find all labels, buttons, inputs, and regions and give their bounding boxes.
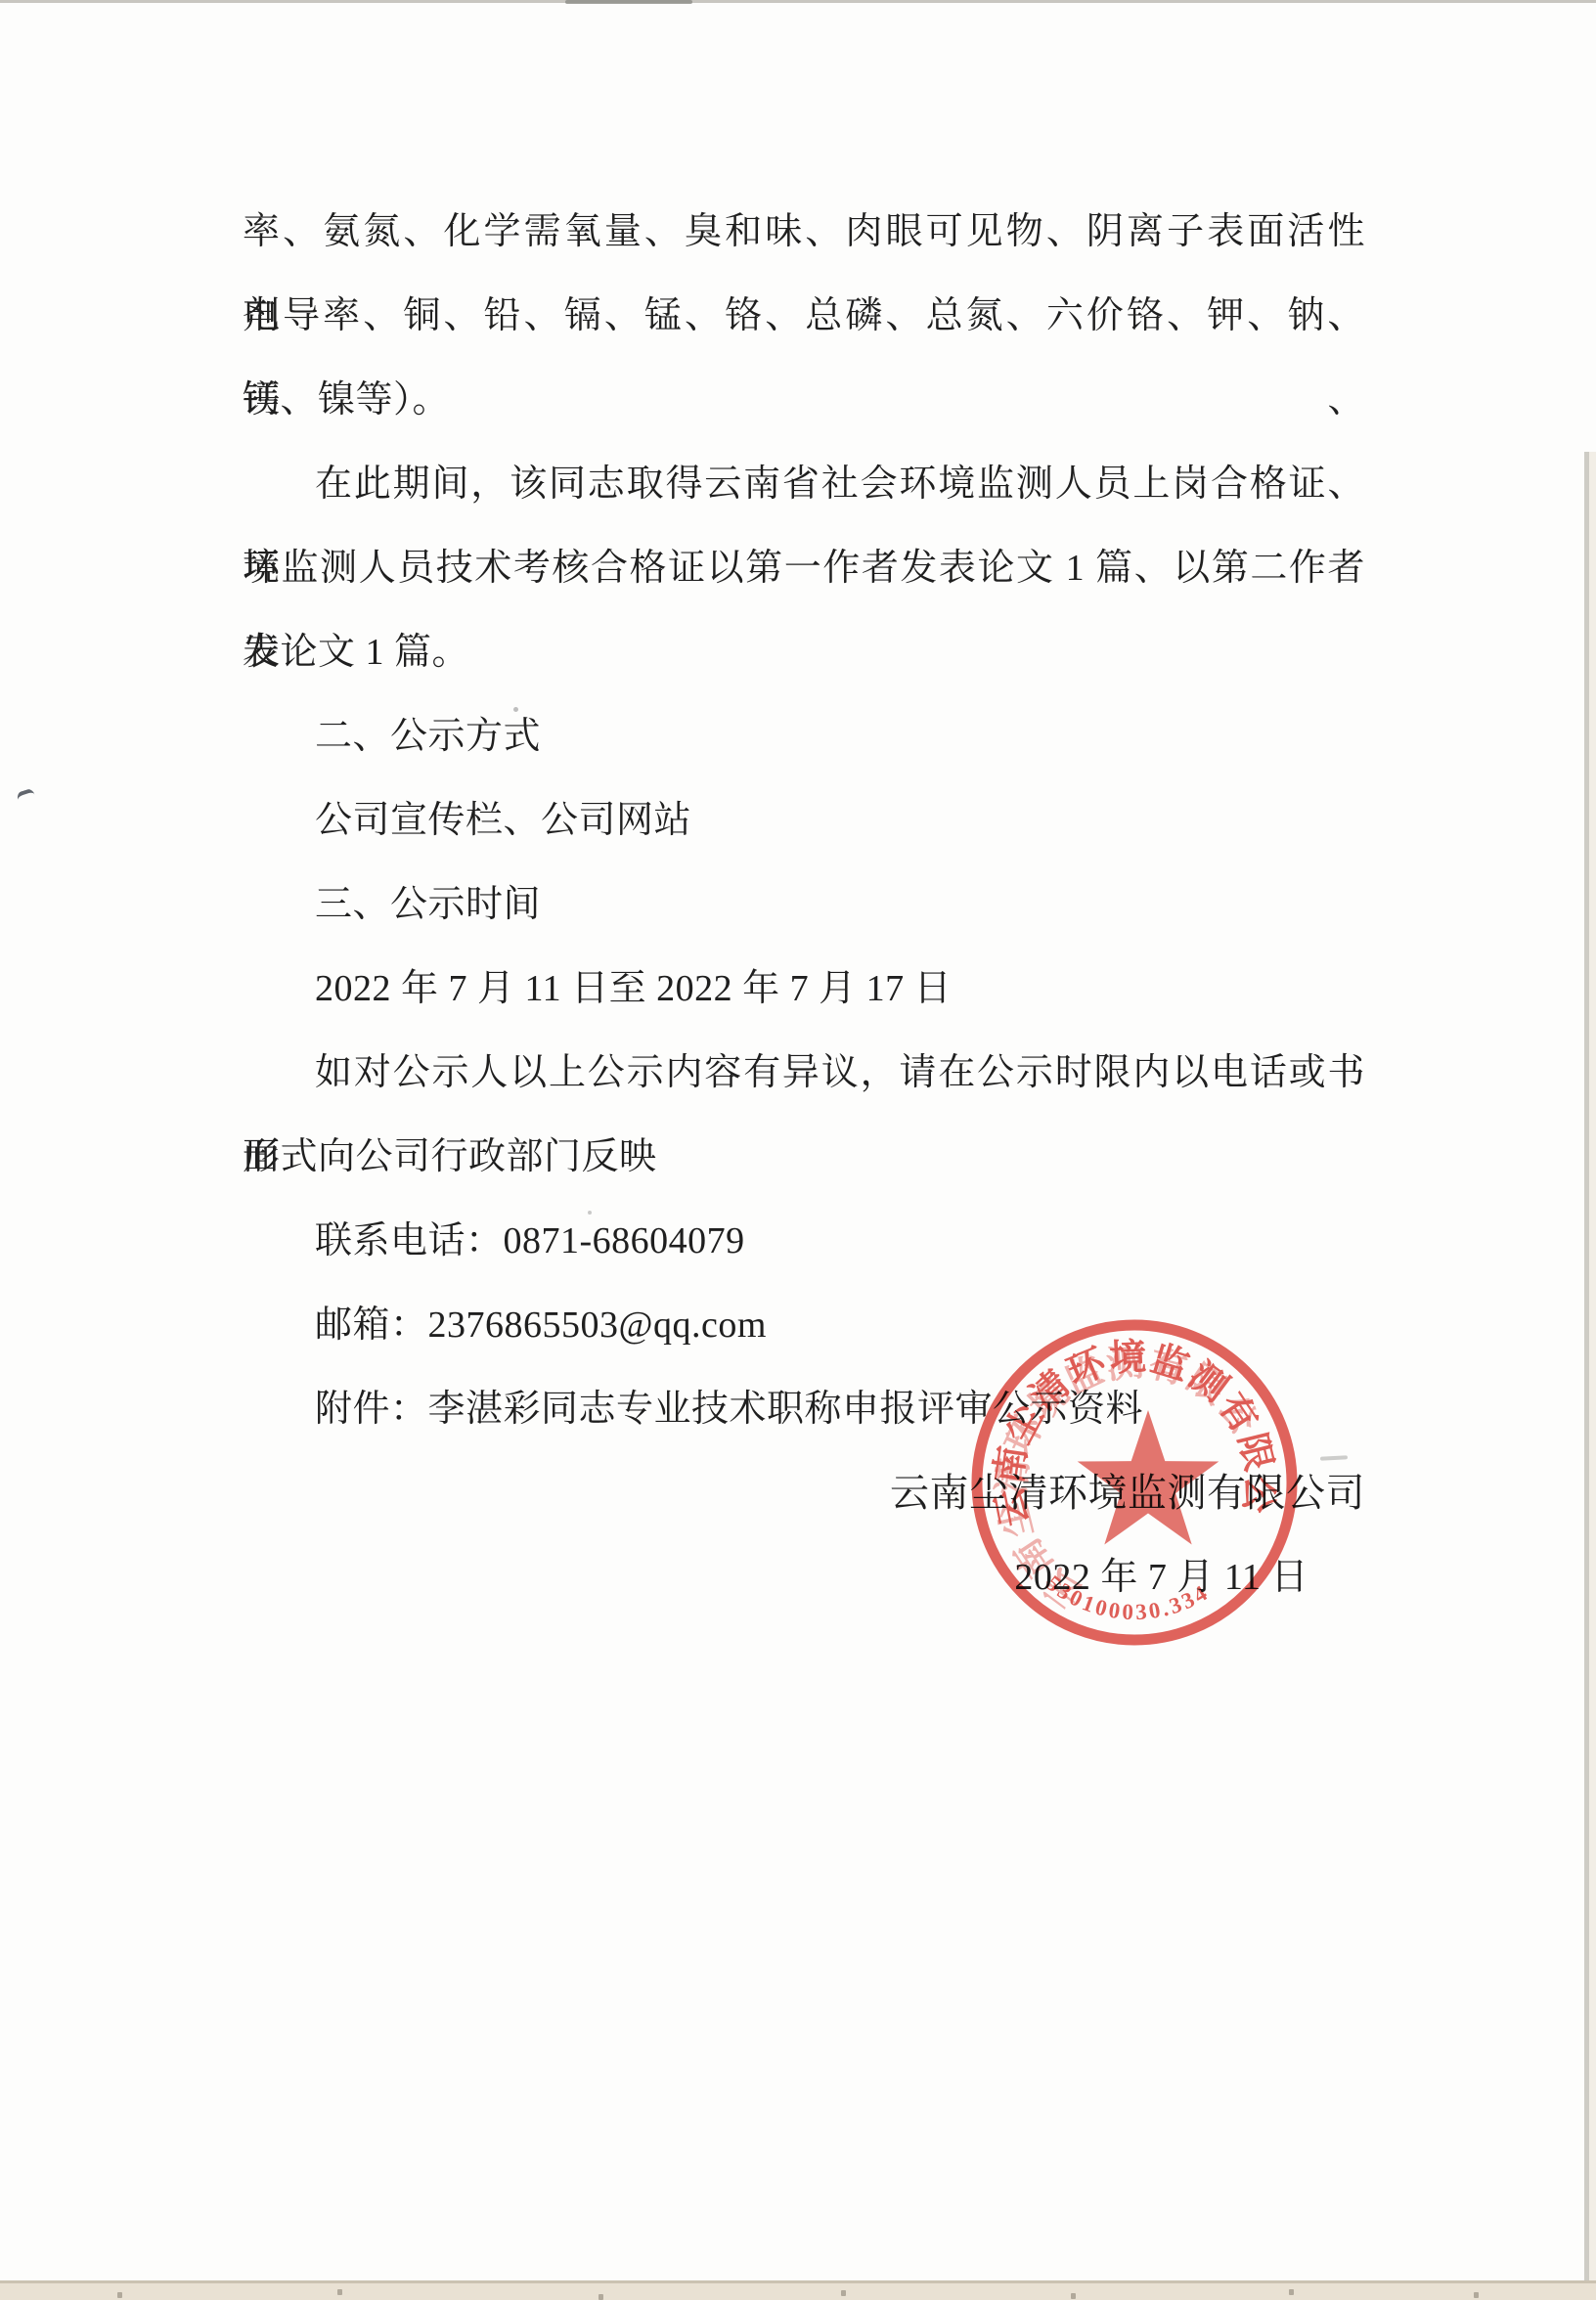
scan-speck <box>1474 2292 1479 2298</box>
body-line: 联系电话：0871-68604079 <box>243 1199 1365 1283</box>
body-line: 三、公示时间 <box>243 862 1365 947</box>
signature-date: 2022 年 7 月 11 日 <box>243 1535 1365 1619</box>
scan-edge-top <box>0 0 1596 3</box>
body-line: 在此期间，该同志取得云南省社会环境监测人员上岗合格证、环 <box>243 442 1365 526</box>
body-line: 形式向公司行政部门反映 <box>243 1115 1365 1199</box>
scan-edge-right-strip <box>1589 452 1596 2300</box>
scan-speck <box>1071 2293 1076 2299</box>
scan-speck <box>598 2294 603 2300</box>
body-line: 电导率、铜、铅、镉、锰、铬、总磷、总氮、六价铬、钾、钠、钙、 <box>243 274 1365 358</box>
body-line: 境监测人员技术考核合格证以第一作者发表论文 1 篇、以第二作者发 <box>243 526 1365 610</box>
scan-curl-mark <box>16 788 37 808</box>
scanned-document-page: 率、氨氮、化学需氧量、臭和味、肉眼可见物、阴离子表面活性剂、电导率、铜、铅、镉、… <box>0 0 1596 2300</box>
scan-speck <box>337 2289 342 2295</box>
notice-body: 率、氨氮、化学需氧量、臭和味、肉眼可见物、阴离子表面活性剂、电导率、铜、铅、镉、… <box>243 190 1365 1451</box>
body-line: 二、公示方式 <box>243 694 1365 778</box>
body-line: 公司宣传栏、公司网站 <box>243 778 1365 862</box>
scan-speck <box>513 707 518 712</box>
signature-block: 云南尘清环境监测有限公司 2022 年 7 月 11 日 <box>243 1451 1365 1619</box>
body-line: 附件：李湛彩同志专业技术职称申报评审公示资料 <box>243 1367 1365 1451</box>
scan-speck <box>117 2292 122 2298</box>
body-line: 如对公示人以上公示内容有异议，请在公示时限内以电话或书面 <box>243 1031 1365 1115</box>
scan-speck <box>841 2290 846 2296</box>
body-line: 2022 年 7 月 11 日至 2022 年 7 月 17 日 <box>243 947 1365 1031</box>
body-line: 邮箱：2376865503@qq.com <box>243 1283 1365 1367</box>
scan-edge-top-dash <box>565 0 692 4</box>
body-line: 表论文 1 篇。 <box>243 610 1365 694</box>
scan-edge-bottom-band <box>0 2280 1596 2300</box>
body-line: 率、氨氮、化学需氧量、臭和味、肉眼可见物、阴离子表面活性剂、 <box>243 190 1365 274</box>
signature-company: 云南尘清环境监测有限公司 <box>243 1451 1365 1535</box>
scan-speck <box>1289 2289 1294 2295</box>
scan-speck <box>588 1211 592 1215</box>
